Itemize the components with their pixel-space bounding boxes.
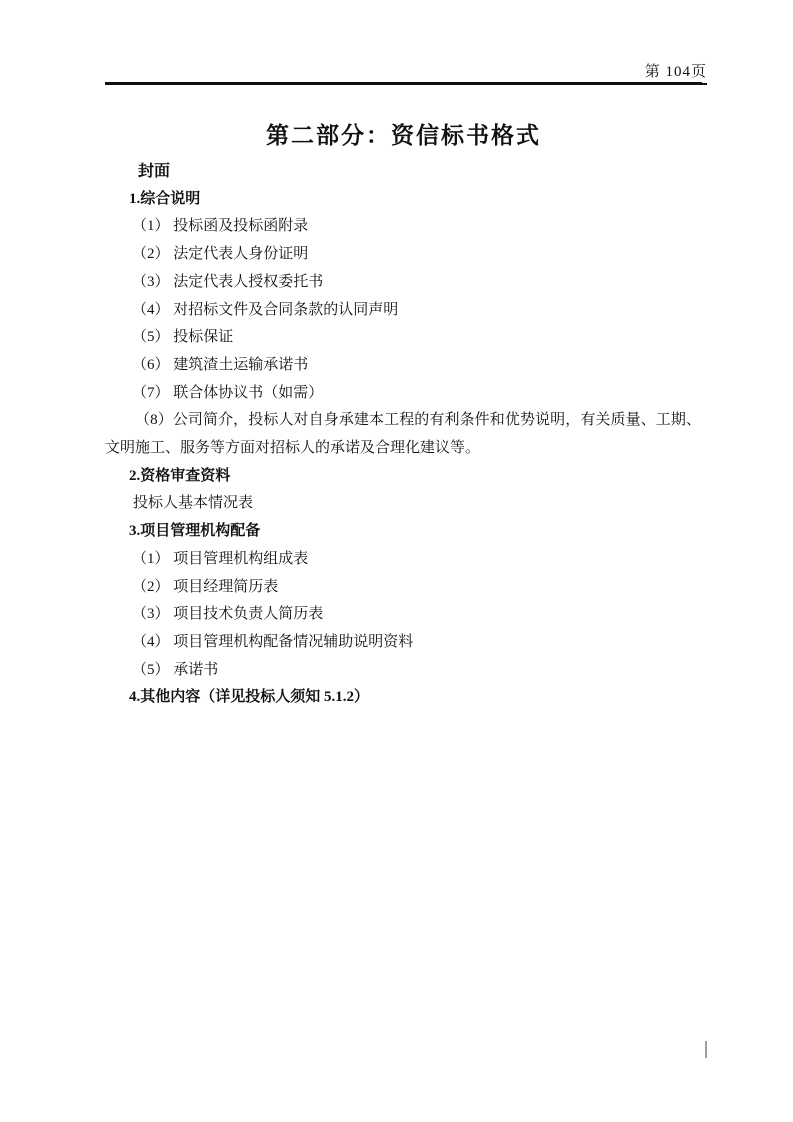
- section-3-heading: 3.项目管理机构配备: [105, 518, 701, 546]
- list-item: （1） 项目管理机构组成表: [105, 546, 701, 574]
- section-1-heading: 1.综合说明: [105, 186, 701, 214]
- section-2-note: 投标人基本情况表: [105, 490, 701, 518]
- list-item: （4） 对招标文件及合同条款的认同声明: [105, 297, 701, 325]
- list-item: （6） 建筑渣土运输承诺书: [105, 352, 701, 380]
- list-item: （5） 承诺书: [105, 657, 701, 685]
- list-item: （5） 投标保证: [105, 324, 701, 352]
- header-rule: [105, 82, 702, 85]
- list-item: （4） 项目管理机构配备情况辅助说明资料: [105, 629, 701, 657]
- document-title: 第二部分：资信标书格式: [105, 117, 702, 150]
- list-item: （3） 项目技术负责人简历表: [105, 601, 701, 629]
- document-page: 第 104页 第二部分：资信标书格式 封面 1.综合说明 （1） 投标函及投标函…: [0, 0, 793, 1122]
- section-4-heading: 4.其他内容（详见投标人须知 5.1.2）: [105, 684, 701, 712]
- list-item: （7） 联合体协议书（如需）: [105, 380, 701, 408]
- text-cursor-mark: [705, 1041, 707, 1058]
- list-item: （2） 项目经理简历表: [105, 574, 701, 602]
- document-body: 封面 1.综合说明 （1） 投标函及投标函附录 （2） 法定代表人身份证明 （3…: [105, 158, 701, 712]
- list-item: （2） 法定代表人身份证明: [105, 241, 701, 269]
- section-1-paragraph: （8）公司简介，投标人对自身承建本工程的有利条件和优势说明，有关质量、工期、文明…: [105, 407, 701, 462]
- list-item: （3） 法定代表人授权委托书: [105, 269, 701, 297]
- cover-label: 封面: [105, 158, 701, 186]
- section-2-heading: 2.资格审查资料: [105, 463, 701, 491]
- list-item: （1） 投标函及投标函附录: [105, 213, 701, 241]
